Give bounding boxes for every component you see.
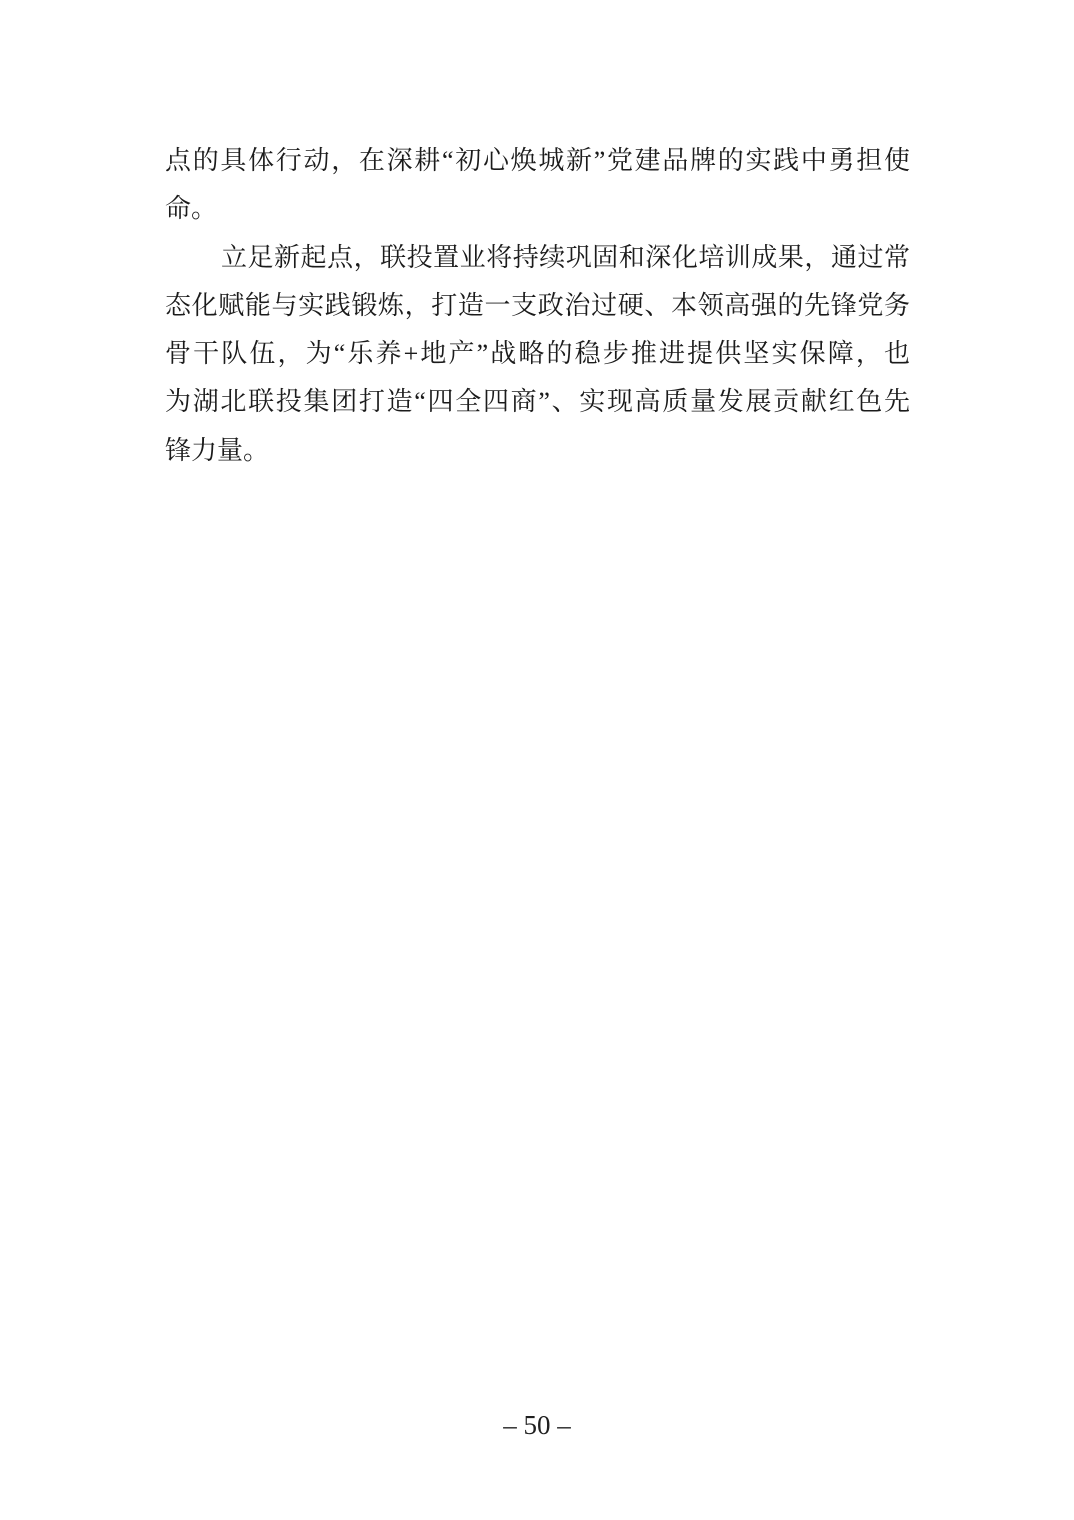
paragraph-2-line-4: 为湖北联投集团打造“四全四商”、实现高质量发展贡献红色先 <box>165 378 910 426</box>
paragraph-2-line-5: 锋力量。 <box>165 427 910 475</box>
body-text-block: 点的具体行动，在深耕“初心焕城新”党建品牌的实践中勇担使 命。 立足新起点，联投… <box>165 137 910 475</box>
paragraph-2-line-1: 立足新起点，联投置业将持续巩固和深化培训成果，通过常 <box>165 234 910 282</box>
document-page: 点的具体行动，在深耕“初心焕城新”党建品牌的实践中勇担使 命。 立足新起点，联投… <box>0 0 1074 1520</box>
paragraph-2-line-2: 态化赋能与实践锻炼，打造一支政治过硬、本领高强的先锋党务 <box>165 282 910 330</box>
paragraph-1-line-2: 命。 <box>165 185 910 233</box>
paragraph-2-line-3: 骨干队伍，为“乐养+地产”战略的稳步推进提供坚实保障，也 <box>165 330 910 378</box>
paragraph-1-line-1: 点的具体行动，在深耕“初心焕城新”党建品牌的实践中勇担使 <box>165 137 910 185</box>
page-number: – 50 – <box>0 1408 1074 1442</box>
